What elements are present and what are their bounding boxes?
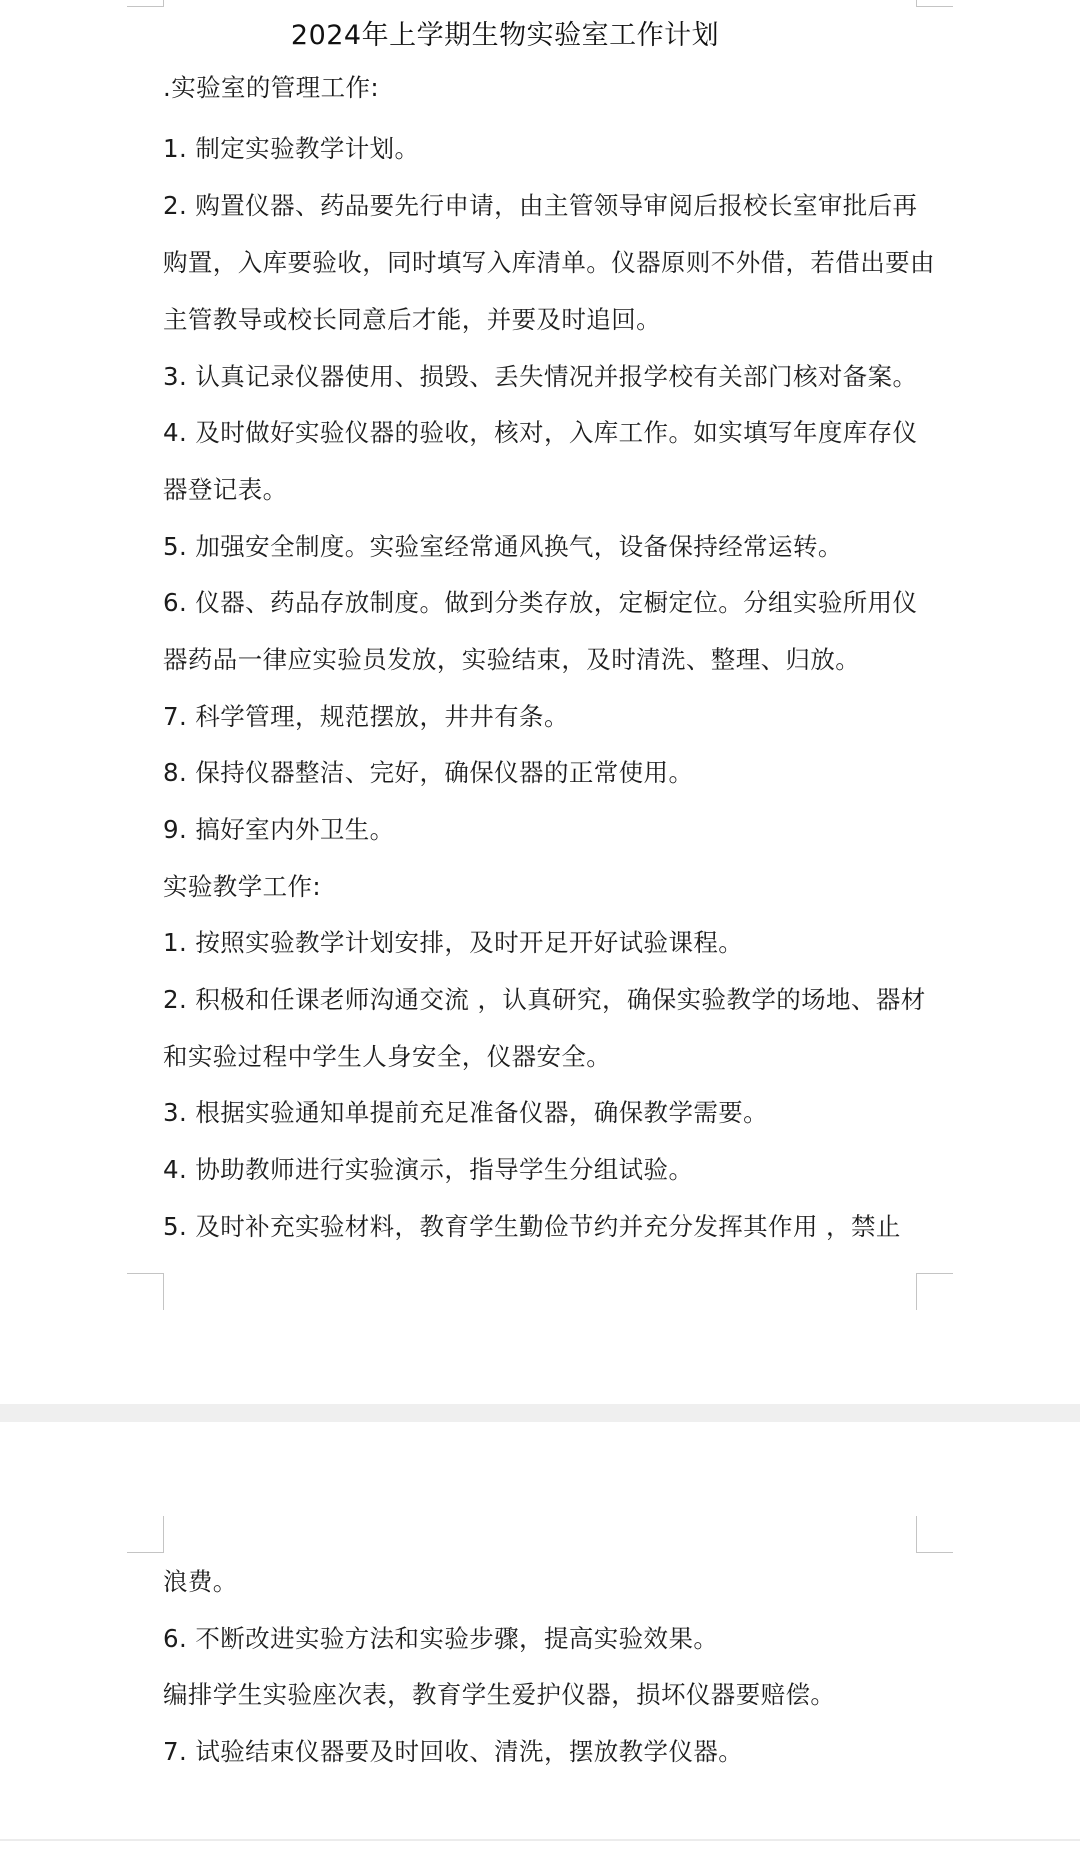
paragraph-line: 浪费。 (163, 1567, 923, 1597)
paragraph-line: 器登记表。 (163, 475, 923, 505)
paragraph-line: 1. 制定实验教学计划。 (163, 134, 923, 164)
page-bottom-edge (0, 1839, 1080, 1841)
paragraph-line: 8. 保持仪器整洁、完好，确保仪器的正常使用。 (163, 758, 923, 788)
paragraph-line: 7. 试验结束仪器要及时回收、清洗，摆放教学仪器。 (163, 1737, 923, 1767)
paragraph-line: 编排学生实验座次表，教育学生爱护仪器，损坏仪器要赔偿。 (163, 1680, 923, 1710)
corner-mark-bottom-right (916, 1273, 953, 1310)
paragraph-line: 器药品一律应实验员发放，实验结束，及时清洗、整理、归放。 (163, 645, 923, 675)
paragraph-line: 3. 根据实验通知单提前充足准备仪器，确保教学需要。 (163, 1098, 923, 1128)
paragraph-line: 7. 科学管理，规范摆放，井井有条。 (163, 702, 923, 732)
paragraph-line: 5. 及时补充实验材料，教育学生勤俭节约并充分发挥其作用 ，禁止 (163, 1212, 923, 1242)
document-page-1: 2024年上学期生物实验室工作计划 .实验室的管理工作: 1. 制定实验教学计划… (0, 0, 1080, 1404)
corner-mark-top-right (916, 0, 953, 7)
paragraph-line: 1. 按照实验教学计划安排，及时开足开好试验课程。 (163, 928, 923, 958)
paragraph-line: 购置，入库要验收，同时填写入库清单。仪器原则不外借，若借出要由 (163, 248, 923, 278)
section-heading-teaching: 实验教学工作: (163, 872, 923, 902)
corner-mark-top-left (127, 0, 164, 7)
paragraph-line: 2. 积极和任课老师沟通交流 ，认真研究，确保实验教学的场地、器材 (163, 985, 923, 1015)
document-page-2: 浪费。 6. 不断改进实验方法和实验步骤，提高实验效果。 编排学生实验座次表，教… (0, 1422, 1080, 1839)
paragraph-line: 3. 认真记录仪器使用、损毁、丢失情况并报学校有关部门核对备案。 (163, 362, 923, 392)
page-break-gap (0, 1404, 1080, 1422)
paragraph-line: 5. 加强安全制度。实验室经常通风换气，设备保持经常运转。 (163, 532, 923, 562)
paragraph-line: 主管教导或校长同意后才能，并要及时追回。 (163, 305, 923, 335)
document-title: 2024年上学期生物实验室工作计划 (0, 18, 1010, 54)
paragraph-line: 和实验过程中学生人身安全，仪器安全。 (163, 1042, 923, 1072)
paragraph-line: 6. 不断改进实验方法和实验步骤，提高实验效果。 (163, 1624, 923, 1654)
corner-mark-top-right (916, 1516, 953, 1553)
corner-mark-bottom-left (127, 1273, 164, 1310)
corner-mark-top-left (127, 1516, 164, 1553)
paragraph-line: 4. 及时做好实验仪器的验收，核对，入库工作。如实填写年度库存仪 (163, 418, 923, 448)
paragraph-line: 4. 协助教师进行实验演示，指导学生分组试验。 (163, 1155, 923, 1185)
paragraph-line: 2. 购置仪器、药品要先行申请，由主管领导审阅后报校长室审批后再 (163, 191, 923, 221)
paragraph-line: 6. 仪器、药品存放制度。做到分类存放，定橱定位。分组实验所用仪 (163, 588, 923, 618)
section-heading-management: .实验室的管理工作: (163, 73, 923, 103)
paragraph-line: 9. 搞好室内外卫生。 (163, 815, 923, 845)
